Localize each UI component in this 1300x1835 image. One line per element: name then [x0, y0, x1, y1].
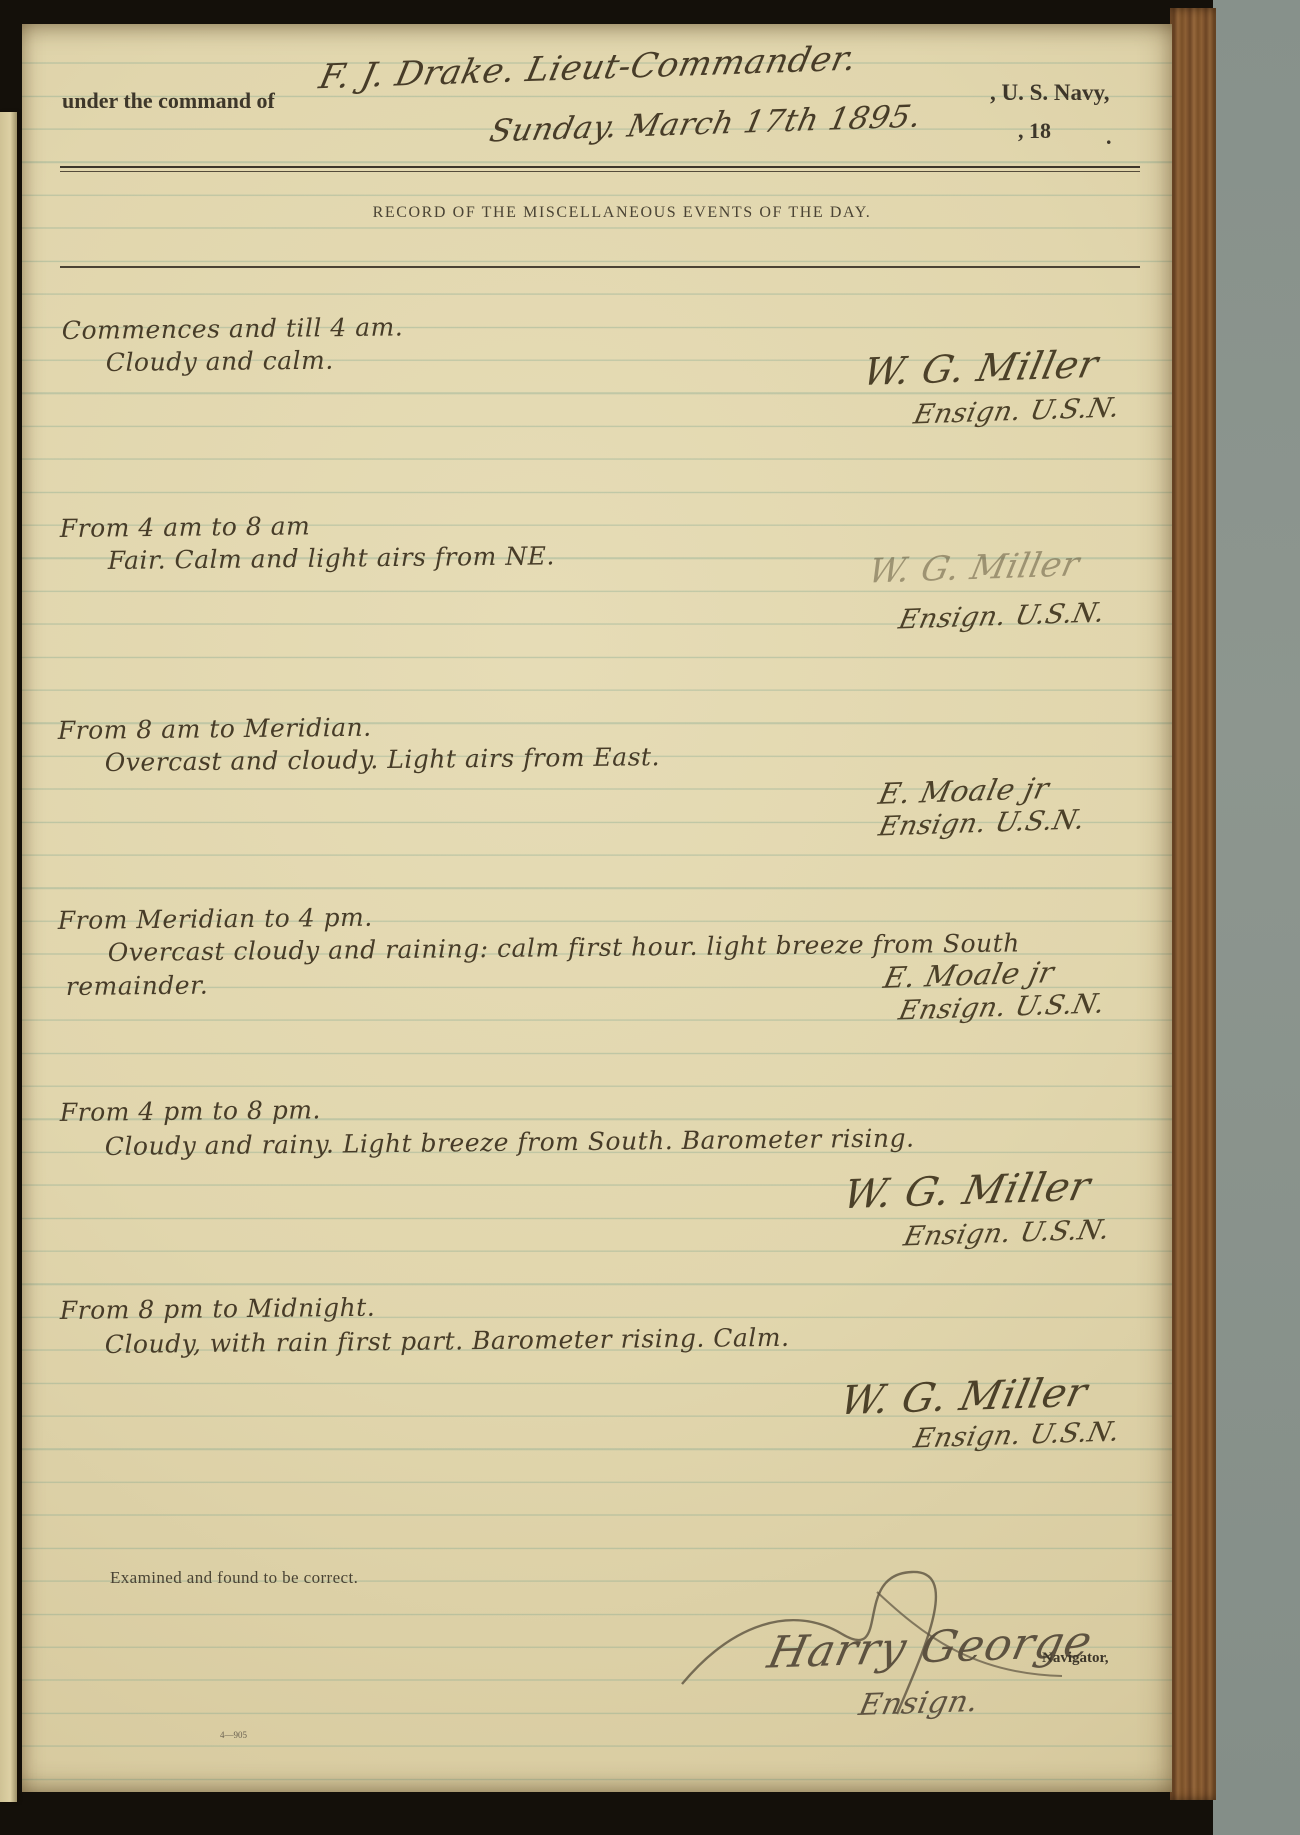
- watch-entry-heading: From 4 am to 8 am: [60, 511, 311, 543]
- watch-entry-heading: From 8 pm to Midnight.: [60, 1293, 376, 1325]
- signature-rank: Ensign. U.S.N.: [911, 1416, 1123, 1454]
- section-rule: [60, 266, 1140, 268]
- header-printed-navy: , U. S. Navy,: [990, 80, 1110, 106]
- form-number: 4—905: [220, 1730, 247, 1740]
- logbook-photo: under the command of F. J. Drake. Lieut-…: [0, 0, 1300, 1835]
- weather-note: Overcast and cloudy. Light airs from Eas…: [105, 742, 660, 777]
- examined-statement: Examined and found to be correct.: [110, 1568, 358, 1588]
- watch-entry-heading: Commences and till 4 am.: [62, 312, 404, 345]
- logbook-page: under the command of F. J. Drake. Lieut-…: [22, 24, 1172, 1792]
- watch-entry-heading: From 8 am to Meridian.: [58, 713, 372, 745]
- weather-note: Cloudy and rainy. Light breeze from Sout…: [105, 1124, 915, 1161]
- officer-signature: E. Moale jr: [881, 955, 1058, 995]
- weather-note: Fair. Calm and light airs from NE.: [108, 541, 555, 575]
- watch-entry-heading: From 4 pm to 8 pm.: [60, 1095, 321, 1127]
- commander-name-handwritten: F. J. Drake. Lieut-Commander.: [316, 39, 861, 98]
- signature-rank: Ensign. U.S.N.: [876, 804, 1088, 842]
- officer-signature: W. G. Miller: [859, 342, 1102, 394]
- navigator-printed-label: Navigator,: [1042, 1650, 1109, 1667]
- underlying-page-edge: [0, 112, 17, 1802]
- officer-signature: E. Moale jr: [876, 771, 1053, 811]
- officer-signature: W. G. Miller: [836, 1370, 1091, 1424]
- officer-signature: W. G. Miller: [839, 1164, 1094, 1218]
- section-title: RECORD OF THE MISCELLANEOUS EVENTS OF TH…: [202, 204, 1042, 222]
- officer-signature: W. G. Miller: [865, 544, 1083, 591]
- signature-rank: Ensign. U.S.N.: [901, 1214, 1113, 1252]
- watch-entry-heading: From Meridian to 4 pm.: [58, 903, 373, 935]
- navigator-rank: Ensign.: [856, 1684, 982, 1723]
- header-printed-year: , 18: [1018, 118, 1051, 144]
- signature-rank: Ensign. U.S.N.: [896, 597, 1108, 635]
- signature-rank: Ensign. U.S.N.: [911, 392, 1123, 430]
- weather-note-continued: remainder.: [66, 971, 209, 1001]
- book-fore-edge: [1170, 8, 1216, 1800]
- weather-note: Overcast cloudy and raining: calm first …: [108, 928, 1020, 967]
- date-handwritten: Sunday. March 17th 1895.: [486, 99, 924, 150]
- navigator-signature: Harry George: [763, 1616, 1097, 1678]
- header-double-rule: [60, 166, 1140, 172]
- weather-note: Cloudy and calm.: [106, 346, 334, 377]
- table-backdrop: [1213, 0, 1300, 1835]
- header-printed-prefix: under the command of: [62, 88, 275, 114]
- header-printed-period: .: [1106, 124, 1112, 150]
- signature-rank: Ensign. U.S.N.: [896, 988, 1108, 1026]
- weather-note: Cloudy, with rain first part. Barometer …: [105, 1323, 790, 1359]
